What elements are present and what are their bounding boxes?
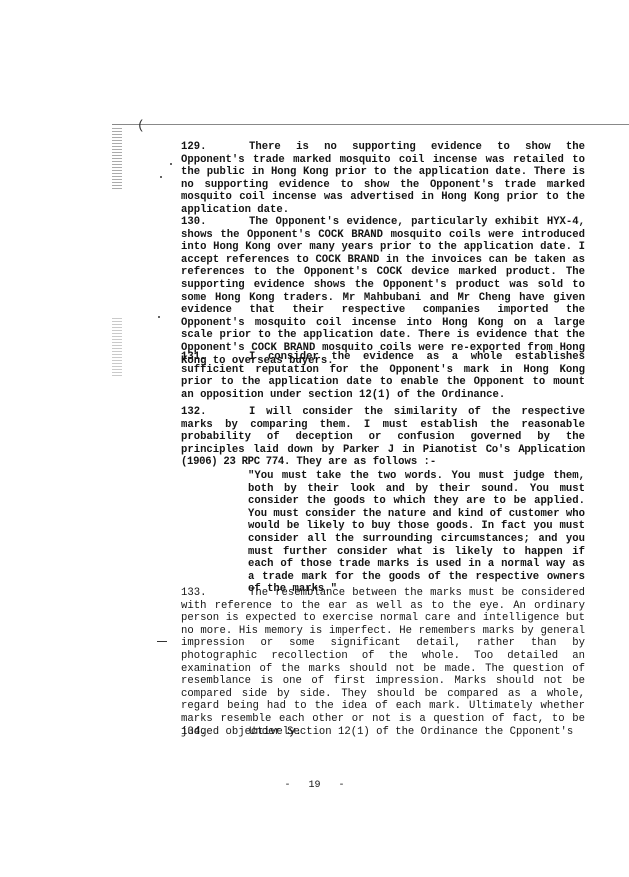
margin-dot	[160, 176, 162, 178]
block-quote: "You must take the two words. You must j…	[248, 470, 585, 596]
paragraph-number: 129.	[181, 141, 249, 154]
margin-dot	[158, 316, 160, 318]
margin-dot	[170, 163, 172, 165]
paragraph-text: Under Section 12(1) of the Ordinance the…	[249, 726, 573, 738]
paragraph-129: 129.There is no supporting evidence to s…	[181, 141, 585, 217]
binding-speckle-top	[112, 128, 122, 190]
paragraph-134: 134.Under Section 12(1) of the Ordinance…	[181, 726, 585, 739]
paragraph-number: 130.	[181, 216, 249, 229]
margin-dash	[157, 641, 167, 642]
paragraph-number: 133.	[181, 587, 249, 600]
paragraph-text: The Opponent's evidence, particularly ex…	[181, 216, 585, 367]
paragraph-number: 132.	[181, 406, 249, 419]
scan-top-rule	[112, 124, 629, 125]
binding-speckle-middle	[112, 318, 122, 376]
paragraph-131: 131.I consider the evidence as a whole e…	[181, 351, 585, 401]
paragraph-133: 133.The resemblance between the marks mu…	[181, 587, 585, 738]
paragraph-text-end: They are as follows :-	[290, 456, 436, 468]
paragraph-number: 131.	[181, 351, 249, 364]
paragraph-130: 130.The Opponent's evidence, particularl…	[181, 216, 585, 367]
paragraph-number: 134.	[181, 726, 249, 739]
paragraph-132: 132.I will consider the similarity of th…	[181, 406, 585, 469]
paragraph-text: The resemblance between the marks must b…	[181, 587, 585, 738]
scan-bracket-mark: (	[137, 118, 145, 133]
page-number: - 19 -	[0, 780, 629, 791]
